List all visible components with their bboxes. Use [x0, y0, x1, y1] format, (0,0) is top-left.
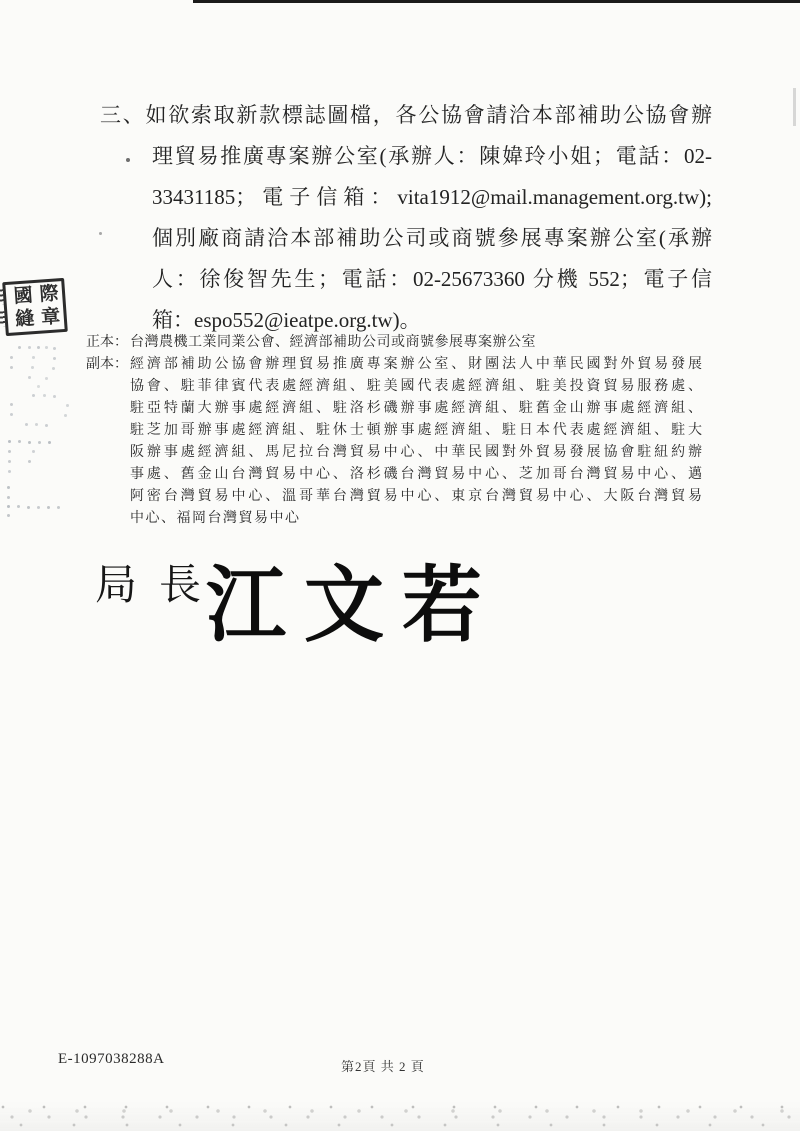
copy-recipients-line: 事處、舊金山台灣貿易中心、洛杉磯台灣貿易中心、芝加哥台灣貿易中心、邁 [130, 464, 702, 486]
copy-recipients-text: 經濟部補助公協會辦理貿易推廣專案辦公室、財團法人中華民國對外貿易發展 協會、駐菲… [130, 354, 702, 530]
dot-matrix-marks [0, 0, 3, 3]
paragraph-line: 人：徐俊智先生；電話：02-25673360 分機 552；電子信 [152, 259, 712, 300]
copy-recipients-line: 中心、福岡台灣貿易中心 [130, 508, 702, 530]
body-paragraph-item-3: 三、如欲索取新款標誌圖檔，各公協會請洽本部補助公協會辦 理貿易推廣專案辦公室(承… [100, 95, 714, 341]
copy-recipients-line: 駐亞特蘭大辦事處經濟組、駐洛杉磯辦事處經濟組、駐舊金山辦事處經濟組、 [130, 398, 702, 420]
original-recipients-row: 正本： 台灣農機工業同業公會、經濟部補助公司或商號參展專案辦公室 [86, 332, 702, 354]
copy-recipients-row: 副本： 經濟部補助公協會辦理貿易推廣專案辦公室、財團法人中華民國對外貿易發展 協… [86, 354, 702, 530]
scan-artifact-mark [793, 88, 796, 126]
seal-partial-glyphs [0, 287, 7, 331]
scan-noise-band [0, 1101, 800, 1131]
scanned-document-page: 國 縫 際 章 三、如欲索取新款標誌圖檔，各公協會請洽本部補助公協會辦 理貿易推… [0, 0, 800, 1131]
seal-char: 際 [39, 282, 60, 306]
signer-name-signature: 江文若 [206, 538, 500, 658]
seal-column-left: 國 縫 [9, 284, 38, 332]
paragraph-line: 33431185；電子信箱：vita1912@mail.management.o… [152, 177, 712, 218]
seal-char: 章 [40, 305, 61, 329]
original-recipients-label: 正本： [86, 332, 130, 354]
paragraph-line: 個別廠商請洽本部補助公司或商號參展專案辦公室(承辦 [152, 218, 712, 259]
signer-title: 局長 [95, 552, 223, 612]
paragraph-item-number: 三、 [100, 103, 145, 127]
page-number-indicator: 第2頁 共 2 頁 [341, 1056, 425, 1075]
scan-edge-line [193, 0, 800, 3]
seal-char: 國 [13, 284, 34, 308]
paragraph-line: 理貿易推廣專案辦公室(承辦人：陳媁玲小姐；電話：02- [152, 136, 712, 177]
seal-char: 縫 [15, 307, 36, 331]
document-number: E-1097038288A [58, 1051, 165, 1068]
copy-recipients-line: 駐芝加哥辦事處經濟組、駐休士頓辦事處經濟組、駐日本代表處經濟組、駐大 [130, 420, 702, 442]
recipients-block: 正本： 台灣農機工業同業公會、經濟部補助公司或商號參展專案辦公室 副本： 經濟部… [86, 332, 702, 530]
seal-column-right: 際 章 [35, 282, 64, 330]
copy-recipients-line: 經濟部補助公協會辦理貿易推廣專案辦公室、財團法人中華民國對外貿易發展 [130, 354, 702, 376]
copy-recipients-line: 協會、駐菲律賓代表處經濟組、駐美國代表處經濟組、駐美投資貿易服務處、 [130, 376, 702, 398]
paragraph-line: 三、如欲索取新款標誌圖檔，各公協會請洽本部補助公協會辦 [100, 95, 712, 136]
original-recipients-text: 台灣農機工業同業公會、經濟部補助公司或商號參展專案辦公室 [130, 332, 536, 354]
paragraph-text: 如欲索取新款標誌圖檔，各公協會請洽本部補助公協會辦 [145, 103, 712, 127]
seam-seal-stamp: 國 縫 際 章 [2, 278, 68, 336]
copy-recipients-line: 阿密台灣貿易中心、溫哥華台灣貿易中心、東京台灣貿易中心、大阪台灣貿易 [130, 486, 702, 508]
copy-recipients-label: 副本： [86, 354, 130, 376]
copy-recipients-line: 阪辦事處經濟組、馬尼拉台灣貿易中心、中華民國對外貿易發展協會駐紐約辦 [130, 442, 702, 464]
